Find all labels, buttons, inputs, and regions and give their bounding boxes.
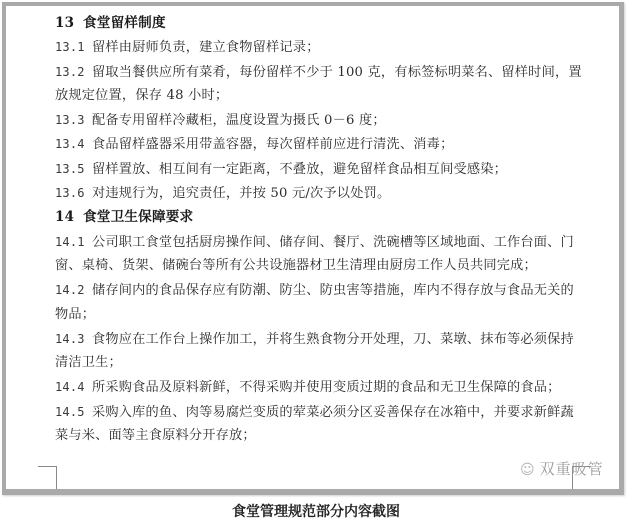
clause-13-6: 13.6对违规行为，追究责任，并按 50 元/次予以处罚。 (55, 181, 575, 205)
page-margin-corner-left (38, 466, 57, 489)
figure-caption: 食堂管理规范部分内容截图 (0, 501, 632, 521)
clause-14-1: 14.1公司职工食堂包括厨房操作间、储存间、餐厅、洗碗槽等区域地面、工作台面、门 (55, 230, 575, 254)
clause-14-4: 14.4所采购食品及原料新鲜，不得采购并使用变质过期的食品和无卫生保障的食品； (55, 375, 575, 399)
section-heading-14: 14食堂卫生保障要求 (55, 205, 575, 229)
clause-13-3: 13.3配备专用留样冷藏柜，温度设置为摄氏 0－6 度； (55, 108, 575, 132)
section-heading-13: 13食堂留样制度 (55, 11, 575, 35)
clause-13-1: 13.1留样由厨师负责，建立食物留样记录； (55, 35, 575, 59)
clause-13-2: 13.2留取当餐供应所有菜肴，每份留样不少于 100 克，有标签标明菜名、留样时… (55, 60, 575, 84)
clause-14-2: 14.2储存间内的食品保存应有防潮、防尘、防虫害等措施，库内不得存放与食品无关的 (55, 278, 575, 302)
clause-14-3: 14.3食物应在工作台上操作加工，并将生熟食物分开处理，刀、菜墩、抹布等必须保持 (55, 327, 575, 351)
watermark: ☺双重吸管 (520, 458, 604, 479)
clause-14-3-continued: 清洁卫生； (55, 351, 575, 375)
clause-14-2-continued: 物品； (55, 303, 575, 327)
document-body: 13食堂留样制度 13.1留样由厨师负责，建立食物留样记录； 13.2留取当餐供… (55, 11, 575, 448)
clause-13-2-continued: 放规定位置，保存 48 小时； (55, 84, 575, 108)
clause-13-4: 13.4食品留样盛器采用带盖容器，每次留样前应进行清洗、消毒； (55, 132, 575, 156)
clause-14-5-continued: 菜与米、面等主食原料分开存放； (55, 424, 575, 448)
clause-14-1-continued: 窗、桌椅、货架、储碗台等所有公共设施器材卫生清理由厨房工作人员共同完成； (55, 254, 575, 278)
wechat-icon: ☺ (520, 462, 536, 478)
clause-14-5: 14.5采购入库的鱼、肉等易腐烂变质的荤菜必须分区妥善保存在冰箱中，并要求新鲜蔬 (55, 400, 575, 424)
clause-13-5: 13.5留样置放、相互间有一定距离，不叠放，避免留样食品相互间受感染； (55, 157, 575, 181)
